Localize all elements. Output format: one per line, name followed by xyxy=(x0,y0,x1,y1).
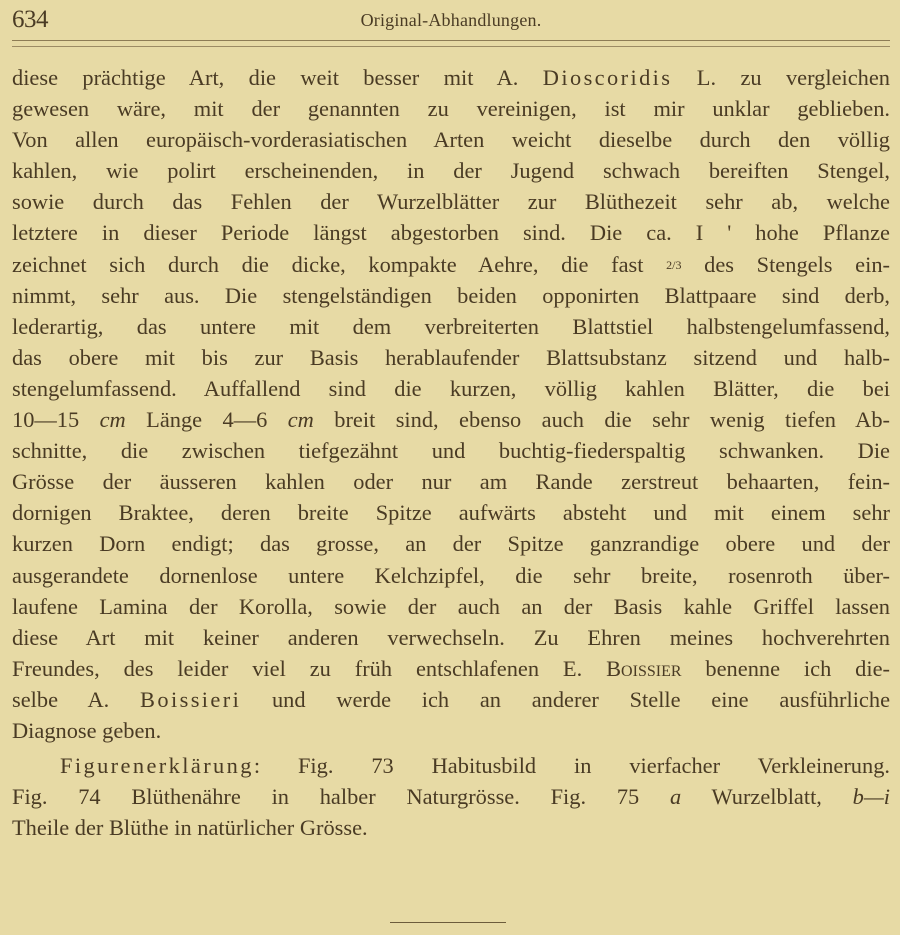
text-line: das obere mit bis zur Basis herablaufend… xyxy=(12,342,890,373)
text-run: und werde ich an anderer Stelle eine aus… xyxy=(241,687,890,712)
author-name-boissier: Boissier xyxy=(606,656,681,681)
text-line: laufene Lamina der Korolla, sowie der au… xyxy=(12,591,890,622)
text-line: kahlen, wie polirt erscheinenden, in der… xyxy=(12,155,890,186)
unit-cm: cm xyxy=(288,407,314,432)
text-line: diese Art mit keiner anderen verwechseln… xyxy=(12,622,890,653)
text-run: Freundes, des leider viel zu früh entsch… xyxy=(12,656,606,681)
text-line: Fig. 74 Blüthenähre in halber Naturgröss… xyxy=(12,781,890,812)
text-run: Länge 4—6 xyxy=(126,407,288,432)
text-run: benenne ich die- xyxy=(682,656,890,681)
text-run: : Fig. 73 Habitusbild in vierfacher Verk… xyxy=(254,753,890,778)
text-line: Figurenerklärung: Fig. 73 Habitusbild in… xyxy=(12,750,890,781)
text-run: Wurzelblatt, xyxy=(681,784,853,809)
book-page: 634 Original-Abhandlungen. diese prächti… xyxy=(0,0,900,935)
text-line: schnitte, die zwischen tiefgezähnt und b… xyxy=(12,435,890,466)
unit-cm: cm xyxy=(100,407,126,432)
text-run: L. zu vergleichen xyxy=(672,65,890,90)
text-run: Fig. 74 Blüthenähre in halber Naturgröss… xyxy=(12,784,670,809)
running-head: Original-Abhandlungen. xyxy=(12,10,890,31)
text-line: ausgerandete dornenlose untere Kelchzipf… xyxy=(12,560,890,591)
text-line: dornigen Braktee, deren breite Spitze au… xyxy=(12,497,890,528)
text-line: sowie durch das Fehlen der Wurzelblätter… xyxy=(12,186,890,217)
text-run: 10—15 xyxy=(12,407,100,432)
text-line: zeichnet sich durch die dicke, kompakte … xyxy=(12,249,890,280)
text-run: diese prächtige Art, die weit besser mit… xyxy=(12,65,543,90)
text-line: selbe A. Boissieri und werde ich an ande… xyxy=(12,684,890,715)
text-run: selbe A. xyxy=(12,687,140,712)
fraction-two-thirds: 2/3 xyxy=(666,258,681,272)
fig-label-a: a xyxy=(670,784,681,809)
text-line: Theile der Blüthe in natürlicher Grösse. xyxy=(12,812,890,843)
figure-legend-heading: Figurenerklärung xyxy=(60,753,254,778)
paragraph-figure-legend: Figurenerklärung: Fig. 73 Habitusbild in… xyxy=(12,750,890,843)
text-line: stengelumfassend. Auffallend sind die ku… xyxy=(12,373,890,404)
text-line: nimmt, sehr aus. Die stengelständigen be… xyxy=(12,280,890,311)
text-line: letztere in dieser Periode längst abgest… xyxy=(12,217,890,248)
fig-label-b-i: b—i xyxy=(853,784,890,809)
text-line: kurzen Dorn endigt; das grosse, an der S… xyxy=(12,528,890,559)
species-name-boissieri: Boissieri xyxy=(140,687,241,712)
text-line: lederartig, das untere mit dem verbreite… xyxy=(12,311,890,342)
text-run: breit sind, ebenso auch die sehr wenig t… xyxy=(314,407,890,432)
section-end-rule xyxy=(390,922,506,923)
paragraph-species-description: diese prächtige Art, die weit besser mit… xyxy=(12,62,890,746)
text-line: 10—15 cm Länge 4—6 cm breit sind, ebenso… xyxy=(12,404,890,435)
text-line: gewesen wäre, mit der genannten zu verei… xyxy=(12,93,890,124)
text-line: Freundes, des leider viel zu früh entsch… xyxy=(12,653,890,684)
species-name-dioscoridis: Dioscoridis xyxy=(543,65,673,90)
text-run: zeichnet sich durch die dicke, kompakte … xyxy=(12,252,666,277)
text-line: Diagnose geben. xyxy=(12,715,890,746)
text-line: diese prächtige Art, die weit besser mit… xyxy=(12,62,890,93)
text-line: Von allen europäisch-vorderasiatischen A… xyxy=(12,124,890,155)
text-run: des Stengels ein- xyxy=(681,252,890,277)
text-line: Grösse der äusseren kahlen oder nur am R… xyxy=(12,466,890,497)
body-text: diese prächtige Art, die weit besser mit… xyxy=(12,62,890,843)
header-double-rule xyxy=(12,40,890,47)
page-header: 634 Original-Abhandlungen. xyxy=(12,4,890,40)
